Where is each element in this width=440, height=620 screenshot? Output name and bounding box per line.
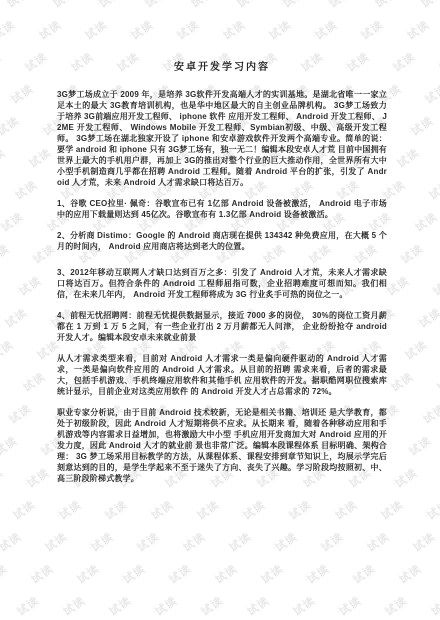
watermark-text: 试读 <box>0 145 8 172</box>
watermark-text: 试读 <box>4 0 33 11</box>
watermark-text: 试读 <box>8 81 37 108</box>
watermark-text: 试读 <box>0 529 24 556</box>
watermark-text: 试读 <box>0 561 10 588</box>
paragraph-intro: 3G梦工场成立于 2009 年，是培养 3G软件开发高端人才的实训基地。是湖北省… <box>57 89 387 188</box>
watermark-text: 试读 <box>106 593 135 620</box>
watermark-text: 试读 <box>428 593 440 620</box>
watermark-text: 试读 <box>10 497 39 524</box>
watermark-text: 试读 <box>350 561 379 588</box>
watermark-text: 试读 <box>364 529 393 556</box>
watermark-text: 试读 <box>20 369 49 396</box>
watermark-text: 试读 <box>134 529 163 556</box>
watermark-text: 试读 <box>74 561 103 588</box>
paragraph-point-1: 1、谷歌 CEO拉里· 佩奇：谷歌宣布已有 1亿部 Android 设备被激活，… <box>57 198 387 220</box>
watermark-text: 试读 <box>436 49 440 76</box>
watermark-text: 试读 <box>318 529 347 556</box>
watermark-text: 试读 <box>2 305 31 332</box>
watermark-text: 试读 <box>290 593 319 620</box>
watermark-text: 试读 <box>406 433 435 460</box>
watermark-text: 试读 <box>30 241 59 268</box>
watermark-text: 试读 <box>378 497 407 524</box>
watermark-text: 试读 <box>212 561 241 588</box>
watermark-text: 试读 <box>424 497 440 524</box>
watermark-text: 试读 <box>384 273 413 300</box>
paragraph-expert-analysis: 职业专家分析说，由于目前 Android 技术较新，无论是相关书籍、培训还 是大… <box>57 407 387 484</box>
watermark-text: 试读 <box>426 177 440 204</box>
watermark-text: 试读 <box>198 593 227 620</box>
watermark-text: 试读 <box>60 593 89 620</box>
watermark-text: 试读 <box>0 465 6 492</box>
paragraph-point-2: 2、分析商 Distimo：Google 的 Android 商店现在提供 13… <box>57 230 387 252</box>
watermark-text: 试读 <box>148 497 177 524</box>
watermark-text: 试读 <box>42 529 71 556</box>
watermark-text: 试读 <box>258 561 287 588</box>
watermark-text: 试读 <box>412 209 440 236</box>
watermark-text: 试读 <box>0 113 22 140</box>
watermark-text: 试读 <box>152 593 181 620</box>
watermark-text: 试读 <box>240 497 269 524</box>
watermark-text: 试读 <box>430 273 440 300</box>
document-content: 安卓开发学习内容 3G梦工场成立于 2009 年，是培养 3G软件开发高端人才的… <box>57 0 387 494</box>
watermark-text: 试读 <box>420 401 440 428</box>
watermark-text: 试读 <box>14 593 43 620</box>
watermark-text: 试读 <box>410 529 439 556</box>
watermark-text: 试读 <box>6 401 35 428</box>
paragraph-point-3: 3、2012年移动互联网人才缺口达到百万之多：引发了 Android 人才荒，未… <box>57 267 387 300</box>
watermark-text: 试读 <box>382 593 411 620</box>
watermark-text: 试读 <box>0 241 12 268</box>
watermark-text: 试读 <box>404 17 433 44</box>
watermark-text: 试读 <box>0 369 2 396</box>
watermark-text: 试读 <box>180 529 209 556</box>
watermark-text: 试读 <box>12 177 41 204</box>
watermark-text: 试读 <box>416 305 440 332</box>
watermark-text: 试读 <box>332 497 361 524</box>
watermark-text: 试读 <box>422 81 440 108</box>
watermark-text: 试读 <box>402 337 431 364</box>
watermark-text: 试读 <box>22 49 51 76</box>
watermark-text: 试读 <box>408 113 437 140</box>
watermark-text: 试读 <box>434 369 440 396</box>
watermark-text: 试读 <box>120 561 149 588</box>
watermark-text: 试读 <box>0 209 26 236</box>
watermark-text: 试读 <box>102 497 131 524</box>
watermark-text: 试读 <box>418 0 440 11</box>
watermark-text: 试读 <box>166 561 195 588</box>
watermark-text: 试读 <box>24 465 53 492</box>
watermark-text: 试读 <box>88 529 117 556</box>
watermark-text: 试读 <box>388 369 417 396</box>
watermark-text: 试读 <box>0 49 4 76</box>
watermark-text: 试读 <box>336 593 365 620</box>
watermark-text: 试读 <box>394 145 423 172</box>
watermark-text: 试读 <box>398 241 427 268</box>
watermark-text: 试读 <box>272 529 301 556</box>
watermark-text: 试读 <box>244 593 273 620</box>
paragraph-demand-types: 从人才需求类型来看，目前对 Android 人才需求一类是偏向硬件驱动的 And… <box>57 353 387 397</box>
paragraph-point-4: 4、前程无忧招聘网：前程无忧提供数据显示，接近 7000 多的岗位， 30%的岗… <box>57 310 387 343</box>
watermark-text: 试读 <box>226 529 255 556</box>
page-title: 安卓开发学习内容 <box>57 58 387 73</box>
document-page: 试读试读试读试读试读试读试读试读试读试读试读试读试读试读试读试读试读试读试读试读… <box>0 0 440 620</box>
watermark-text: 试读 <box>56 497 85 524</box>
watermark-text: 试读 <box>0 337 16 364</box>
watermark-text: 试读 <box>392 465 421 492</box>
watermark-text: 试读 <box>390 49 419 76</box>
watermark-text: 试读 <box>304 561 333 588</box>
watermark-text: 试读 <box>16 273 45 300</box>
watermark-text: 试读 <box>0 17 18 44</box>
watermark-text: 试读 <box>194 497 223 524</box>
watermark-text: 试读 <box>28 561 57 588</box>
watermark-text: 试读 <box>286 497 315 524</box>
watermark-text: 试读 <box>396 561 425 588</box>
watermark-text: 试读 <box>26 145 55 172</box>
watermark-text: 试读 <box>0 433 20 460</box>
